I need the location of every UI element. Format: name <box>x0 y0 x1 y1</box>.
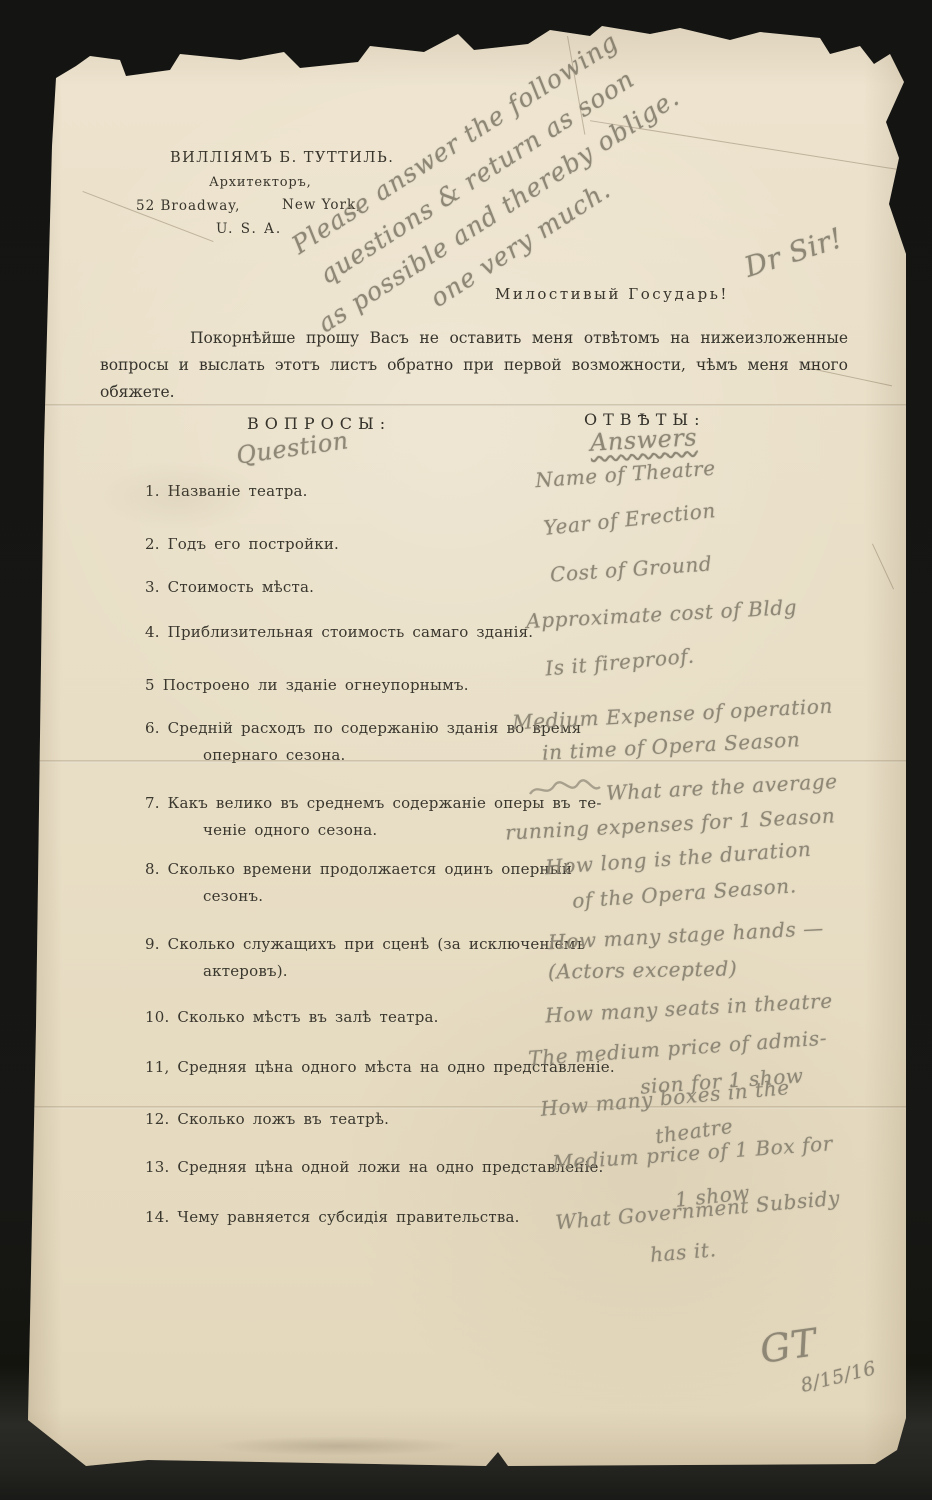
answer-9-line-1: How many stage hands — <box>548 916 825 954</box>
paper-sheet: ВИЛЛІЯМЪ Б. ТУТТИЛЬ. Архитекторъ, 52 Bro… <box>28 26 906 1466</box>
crease-line <box>872 544 894 590</box>
pencil-salutation: Dr Sir! <box>740 221 846 284</box>
letterhead-title: Архитекторъ, <box>209 175 312 190</box>
answer-14-line-2: has it. <box>649 1237 717 1267</box>
letterhead-street: 52 Broadway, <box>136 198 240 214</box>
answers-header-annotation: Answers <box>589 423 697 457</box>
letterhead-country: U. S. A. <box>216 221 282 237</box>
signature-monogram: GT <box>757 1320 819 1371</box>
answer-10: How many seats in theatre <box>545 988 834 1027</box>
scan-background: ВИЛЛІЯМЪ Б. ТУТТИЛЬ. Архитекторъ, 52 Bro… <box>0 0 932 1500</box>
answer-7-line-1: What are the average <box>606 769 839 805</box>
letterhead-name: ВИЛЛІЯМЪ Б. ТУТТИЛЬ. <box>170 150 394 166</box>
greeting-text: Милостивый Государь! <box>495 285 729 303</box>
intro-paragraph: Покорнѣйше прошу Васъ не оставить меня о… <box>100 325 848 406</box>
answer-9-line-2: (Actors excepted) <box>548 956 738 983</box>
